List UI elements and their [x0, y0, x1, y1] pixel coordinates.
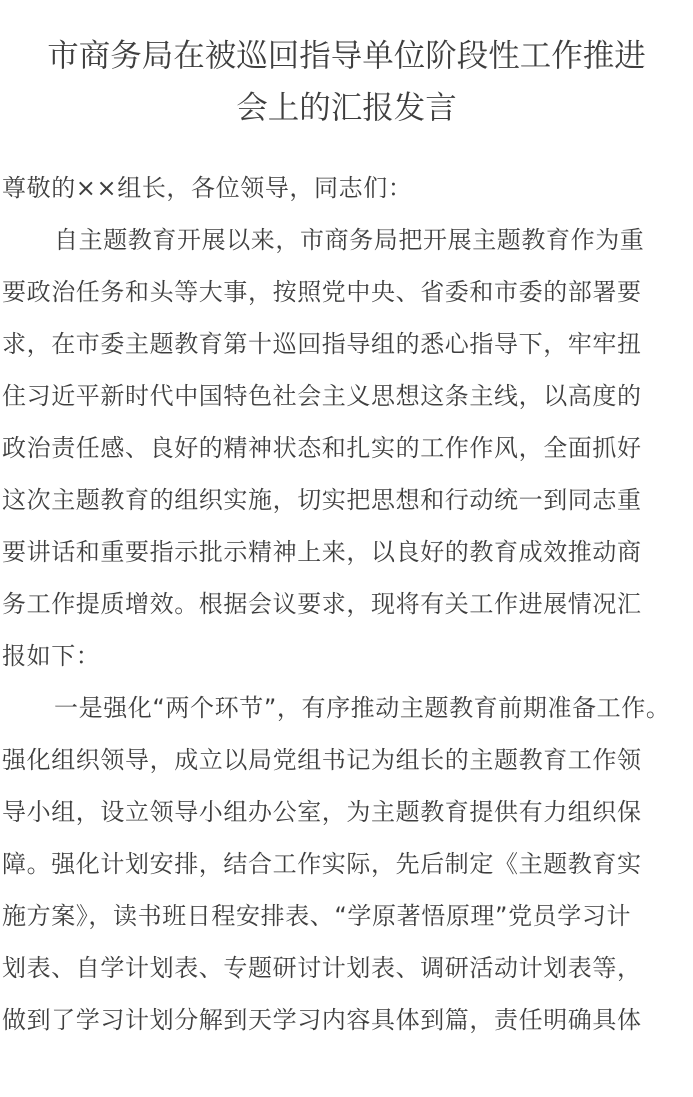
paragraph-line: 强化组织领导，成立以局党组书记为组长的主题教育工作领 — [2, 734, 693, 786]
paragraph-line: 政治责任感、良好的精神状态和扎实的工作作风，全面抓好 — [2, 422, 693, 474]
paragraph-line: 要政治任务和头等大事，按照党中央、省委和市委的部署要 — [2, 266, 693, 318]
paragraph-line: 划表、自学计划表、专题研讨计划表、调研活动计划表等， — [2, 942, 693, 994]
paragraph-line: 住习近平新时代中国特色社会主义思想这条主线，以高度的 — [2, 370, 693, 422]
paragraph-line: 报如下： — [2, 630, 693, 682]
paragraph-line: 导小组，设立领导小组办公室，为主题教育提供有力组织保 — [2, 786, 693, 838]
paragraph-line: 一是强化“两个环节”，有序推动主题教育前期准备工作。 — [2, 682, 693, 734]
paragraph-line: 务工作提质增效。根据会议要求，现将有关工作进展情况汇 — [2, 578, 693, 630]
paragraph-line: 自主题教育开展以来，市商务局把开展主题教育作为重 — [2, 214, 693, 266]
paragraph-line: 做到了学习计划分解到天学习内容具体到篇，责任明确具体 — [2, 994, 693, 1046]
paragraph-line: 要讲话和重要指示批示精神上来，以良好的教育成效推动商 — [2, 526, 693, 578]
paragraph-line: 这次主题教育的组织实施，切实把思想和行动统一到同志重 — [2, 474, 693, 526]
paragraph-line: 障。强化计划安排，结合工作实际，先后制定《主题教育实 — [2, 838, 693, 890]
title-line-2: 会上的汇报发言 — [0, 82, 693, 134]
paragraph-line: 施方案》，读书班日程安排表、“学原著悟原理”党员学习计 — [2, 890, 693, 942]
paragraph-line: 求，在市委主题教育第十巡回指导组的悉心指导下，牢牢扭 — [2, 318, 693, 370]
title-line-1: 市商务局在被巡回指导单位阶段性工作推进 — [0, 30, 693, 82]
document-title: 市商务局在被巡回指导单位阶段性工作推进 会上的汇报发言 — [0, 0, 693, 134]
document-body: 尊敬的××组长，各位领导，同志们： 自主题教育开展以来，市商务局把开展主题教育作… — [0, 162, 693, 1046]
salutation: 尊敬的××组长，各位领导，同志们： — [2, 162, 693, 214]
paragraph-point-one: 一是强化“两个环节”，有序推动主题教育前期准备工作。 强化组织领导，成立以局党组… — [2, 682, 693, 1046]
paragraph-intro: 自主题教育开展以来，市商务局把开展主题教育作为重 要政治任务和头等大事，按照党中… — [2, 214, 693, 682]
